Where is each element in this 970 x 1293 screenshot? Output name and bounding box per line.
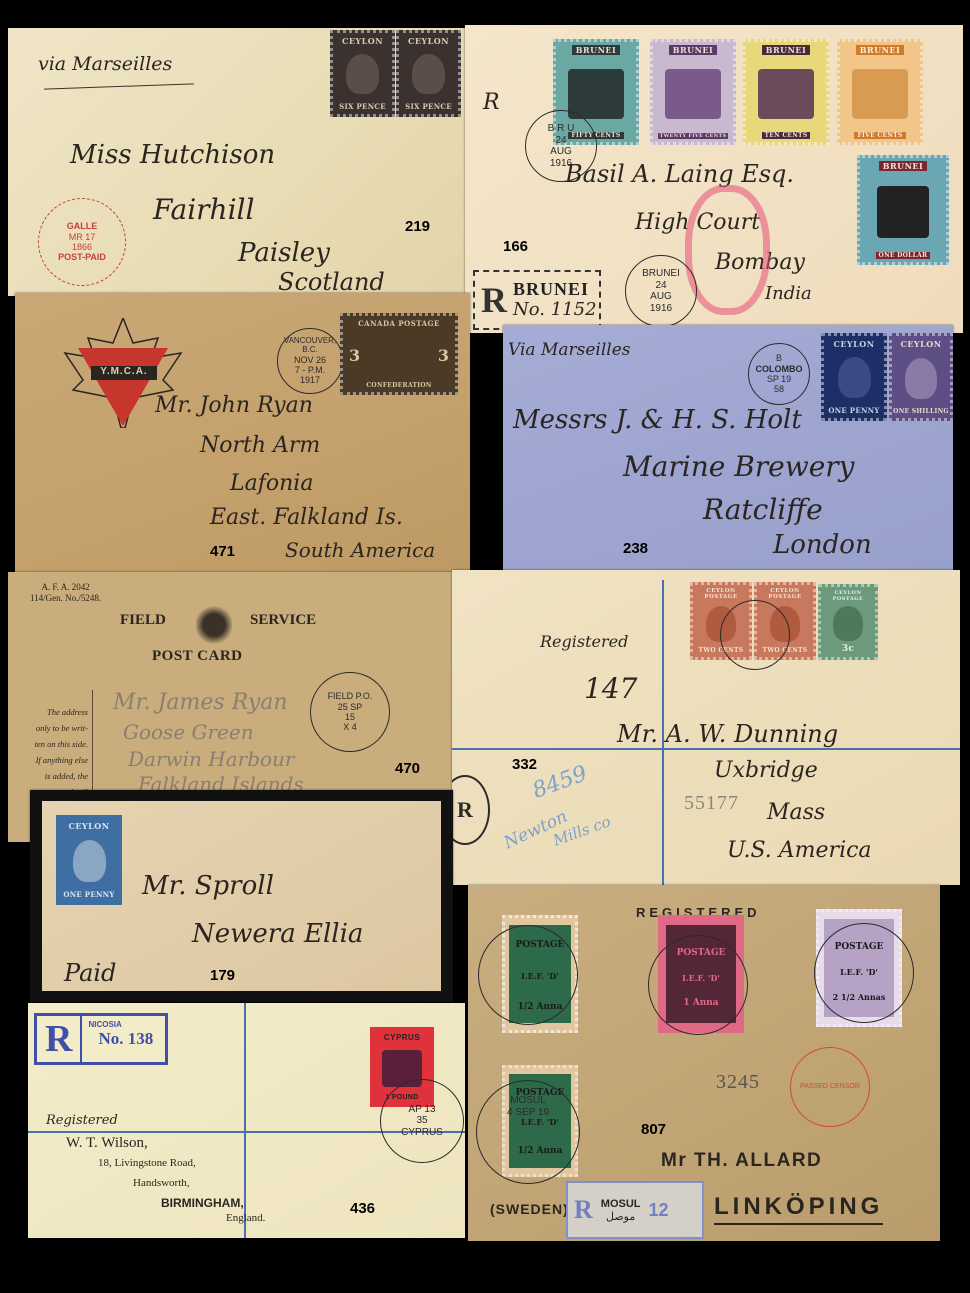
lot-number: 471 (210, 543, 235, 560)
registration-label-brunei: R BRUNEI No. 1152 (473, 270, 601, 330)
stamp-brunei-1-dollar: BRUNEI ONE DOLLAR (857, 155, 949, 265)
address-line: Paisley (238, 238, 330, 268)
address-line: Goose Green (123, 720, 254, 744)
address-line: Fairhill (153, 193, 254, 226)
address-line: 18, Livingstone Road, (98, 1157, 196, 1169)
crayon-note: 8459 (529, 761, 590, 804)
card-title-service: SERVICE (250, 612, 316, 629)
register-number: 55177 (684, 792, 739, 815)
stamp-canada-3c: CANADA POSTAGE 33 CONFEDERATION (340, 313, 458, 395)
address-line: Mr. James Ryan (113, 690, 288, 715)
registration-line-vertical (244, 1003, 246, 1238)
stamp-ceylon-one-shilling: CEYLON ONE SHILLING (889, 333, 953, 421)
form-number: A. F. A. 2042 114/Gen. No./5248. (30, 582, 101, 604)
lot-number: 166 (503, 238, 528, 255)
lot-number: 238 (623, 540, 648, 557)
address-line: Messrs J. & H. S. Holt (513, 405, 802, 435)
address-line: Mass (767, 800, 825, 825)
cover-lot-436[interactable]: R NICOSIA No. 138 CYPRUS 1 POUND AP 13 3… (28, 1003, 465, 1238)
destination-city: LINKÖPING (714, 1193, 883, 1225)
card-title-postcard: POST CARD (152, 648, 243, 665)
postmark-mosul (814, 923, 914, 1023)
address-line: Darwin Harbour (128, 747, 294, 771)
route-note: Via Marseilles (508, 340, 631, 360)
stamp-brunei-25c: BRUNEI TWENTY FIVE CENTS (650, 39, 736, 145)
address-line: BIRMINGHAM, (161, 1196, 244, 1210)
stamp-brunei-10c: BRUNEI TEN CENTS (743, 39, 829, 145)
address-line: England. (226, 1212, 265, 1224)
postmark-vancouver: VANCOUVER, B.C. NOV 26 7 - P.M. 1917 (277, 328, 343, 394)
registered-note: Registered (540, 632, 628, 651)
address-line: Uxbridge (714, 758, 818, 783)
stamp-ceylon-one-penny: CEYLON ONE PENNY (821, 333, 887, 421)
cover-lot-238[interactable]: Via Marseilles B COLOMBO SP 19 58 CEYLON… (503, 325, 953, 570)
address-line: South America (285, 538, 435, 562)
cover-lot-807[interactable]: REGISTERED POSTAGE I.E.F. 'D' 1/2 Anna P… (468, 885, 940, 1241)
address-line: Mr. Sproll (142, 871, 274, 901)
cover-lot-332[interactable]: CEYLON POSTAGE TWO CENTS CEYLON POSTAGE … (452, 570, 960, 885)
address-line: Ratcliffe (703, 493, 823, 526)
cover-lot-166[interactable]: R BRUNEI FIFTY CENTS BRUNEI TWENTY FIVE … (465, 25, 963, 333)
stamp-ceylon-sixpence: CEYLON SIX PENCE (396, 30, 461, 117)
postmark-brunei: BRUNEI 24 AUG 1916 (625, 255, 697, 327)
registered-note: Registered (46, 1113, 118, 1128)
address-line: Scotland (278, 268, 385, 296)
address-line: Miss Hutchison (70, 140, 275, 170)
lot-number: 179 (210, 967, 235, 984)
mourning-envelope-body: CEYLON ONE PENNY Mr. Sproll Newera Ellia… (42, 801, 441, 991)
cover-lot-179[interactable]: CEYLON ONE PENNY Mr. Sproll Newera Ellia… (30, 790, 453, 1002)
address-line: W. T. Wilson, (66, 1135, 148, 1152)
handwritten-number: 147 (584, 672, 637, 705)
postmark-colombo: B COLOMBO SP 19 58 (748, 343, 810, 405)
lot-number: 470 (395, 760, 420, 777)
lot-number: 219 (405, 218, 430, 235)
address-line: Mr. A. W. Dunning (617, 720, 838, 748)
cover-lot-219[interactable]: via Marseilles CEYLON SIX PENCE CEYLON S… (8, 28, 470, 296)
registered-mark: R (483, 90, 500, 115)
stamp-ceylon-3c: CEYLON POSTAGE 3c (818, 584, 878, 660)
address-line: Marine Brewery (623, 450, 854, 483)
stamp-brunei-5c: BRUNEI FIVE CENTS (837, 39, 923, 145)
destination-country: (SWEDEN) (490, 1201, 569, 1217)
royal-arms-icon (196, 604, 232, 646)
postmark-mosul (648, 935, 748, 1035)
address-line: London (773, 530, 872, 560)
paid-note: Paid (64, 959, 116, 987)
postmark-cyprus: AP 13 35 CYPRUS (380, 1079, 464, 1163)
lot-number: 332 (512, 756, 537, 773)
censor-mark: PASSED CENSOR (790, 1047, 870, 1127)
cover-lot-471[interactable]: Y.M.C.A. VANCOUVER, B.C. NOV 26 7 - P.M.… (15, 293, 470, 575)
address-line: North Arm (200, 433, 320, 458)
address-line: India (765, 283, 812, 304)
card-title-field: FIELD (120, 612, 166, 629)
postmark-field-po: FIELD P.O. 25 SP 15 X 4 (310, 672, 390, 752)
stamp-ceylon-one-penny: CEYLON ONE PENNY (56, 815, 122, 905)
lot-number: 436 (350, 1200, 375, 1217)
registration-label-nicosia: R NICOSIA No. 138 (34, 1013, 168, 1065)
postmark-mosul: MOSUL 4 SEP 19 (476, 1080, 580, 1184)
route-note: via Marseilles (38, 53, 172, 75)
registration-line-horizontal (452, 748, 960, 750)
postmark-galle: GALLE MR 17 1866 POST-PAID (38, 198, 126, 286)
stamp-ceylon-sixpence: CEYLON SIX PENCE (330, 30, 395, 117)
register-number: 3245 (716, 1071, 760, 1094)
postmark-mosul (478, 925, 578, 1025)
address-line: Mr. John Ryan (155, 393, 313, 418)
censor-handstamp (685, 185, 770, 315)
lot-number: 807 (641, 1121, 666, 1138)
address-line: Newera Ellia (192, 919, 363, 949)
address-line: U.S. America (727, 838, 872, 863)
address-line: Basil A. Laing Esq. (565, 160, 794, 188)
registration-label-mosul: R MOSUL موصل 12 (566, 1181, 704, 1239)
address-line: East. Falkland Is. (210, 505, 403, 530)
address-line: Handsworth, (133, 1177, 190, 1189)
address-line: Lafonia (230, 471, 313, 496)
addressee: Mr TH. ALLARD (661, 1150, 822, 1172)
postmark-ceylon (720, 600, 790, 670)
underline (44, 83, 194, 89)
registration-oval: R (452, 775, 490, 845)
